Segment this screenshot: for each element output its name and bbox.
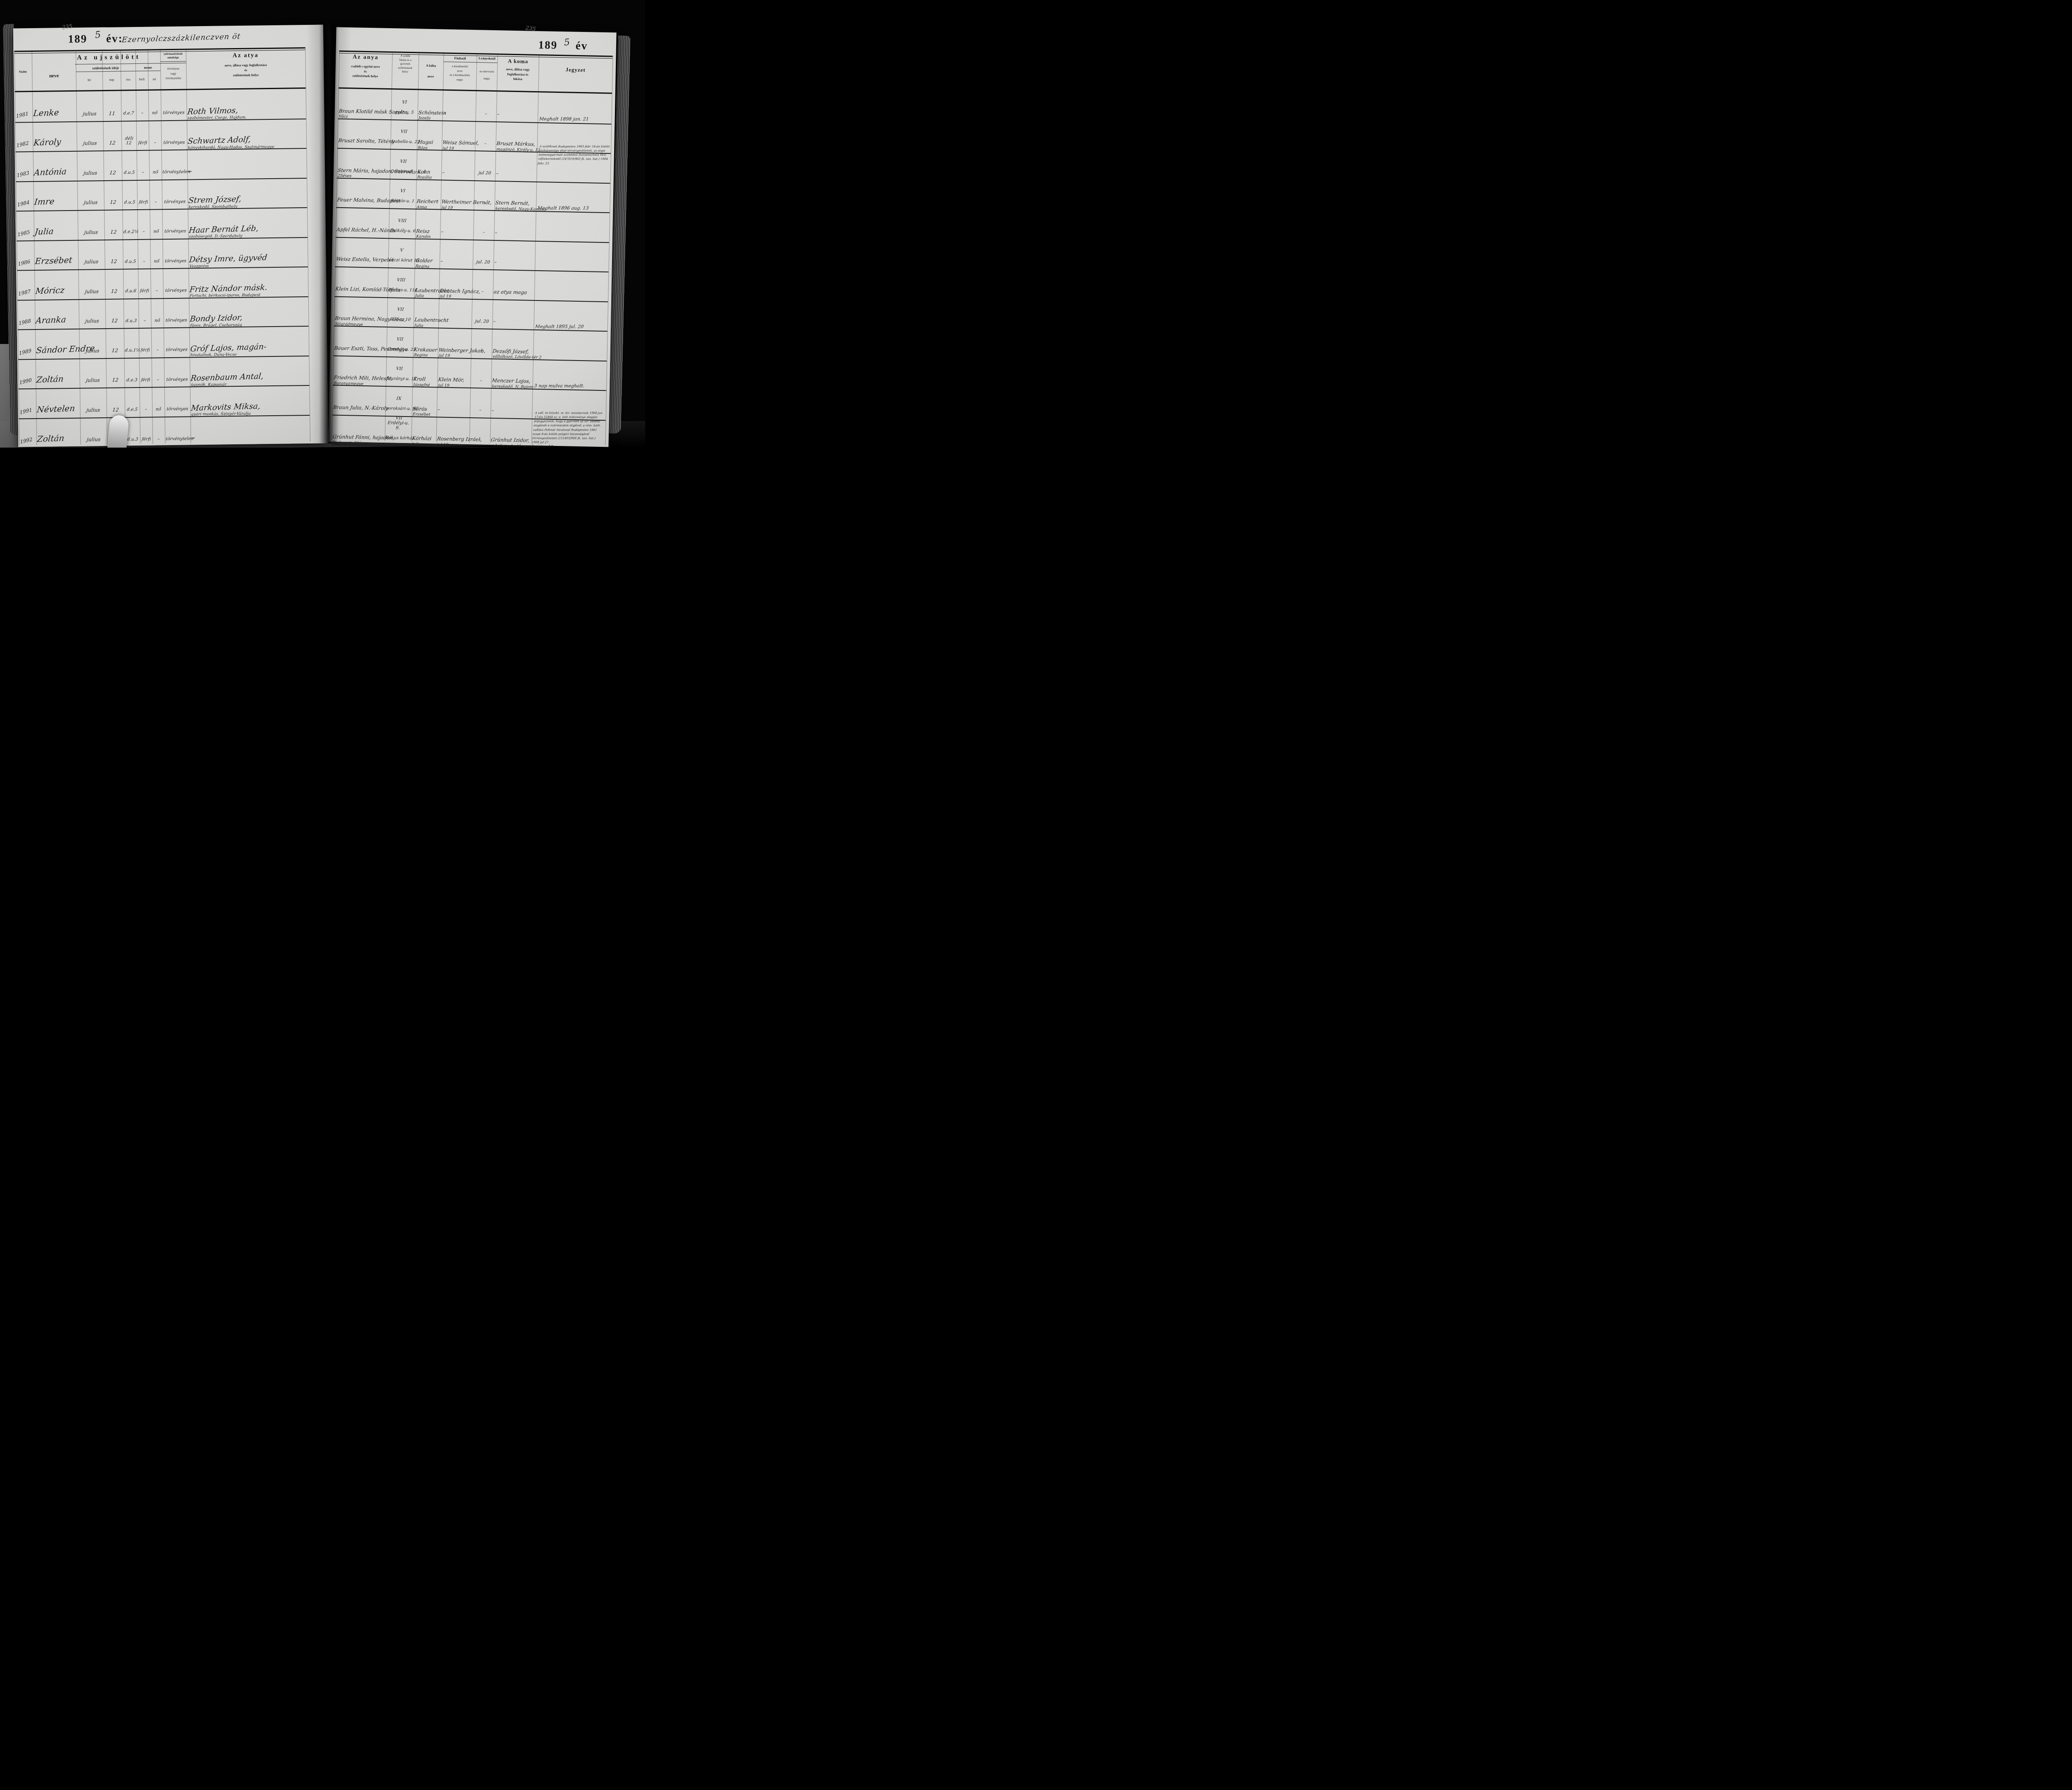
godfather-text: ruhakereskedő, soroksári-u. 12: [491, 443, 531, 448]
naming-day: –: [474, 180, 495, 210]
midwife: ReichertAnna: [416, 179, 441, 209]
birth-hour: d.u.6: [123, 269, 138, 298]
residence: VIIDembinszky-u. 4: [390, 149, 417, 179]
midwife-text: Laubentracht: [414, 317, 438, 322]
residence: VIIIThököly-u. 6: [389, 208, 416, 238]
mother: Apfel Ráchel, H.-Nánás: [336, 207, 389, 238]
header-legitimacy: törvényes vagy törvénytelen: [160, 66, 186, 81]
entry-number-text: 1987: [18, 288, 34, 296]
sex-female: nő: [151, 298, 164, 328]
godfather: Dezsőfi József,vállalkozó, Lövölde-tér 2: [491, 329, 533, 359]
year-printed-left: 189: [68, 32, 87, 46]
residence-text: Murányi-u. 17: [387, 376, 412, 381]
child-name-text: Károly: [33, 137, 76, 147]
residence: VIEötvös-u. 1: [389, 179, 416, 209]
residence-text: VII: [387, 337, 413, 342]
father: –: [187, 148, 307, 179]
entry-number-text: 1991: [19, 407, 35, 415]
legitimacy: törvényes: [164, 357, 190, 387]
birth-day: 12: [104, 209, 123, 239]
child-name: Lenke: [32, 92, 77, 122]
midwife: ReiszKarolin: [415, 208, 441, 239]
sex-male: –: [139, 387, 152, 417]
birth-hour-text: d.u.3: [126, 437, 140, 441]
residence-text: Eötvös-u. 1: [390, 199, 415, 203]
note: [537, 152, 611, 183]
father: Rosenbaum Antal,ügynök, Kaposvár: [190, 355, 310, 386]
residence-text: Rókus kórház: [385, 436, 411, 441]
father: Bondy Izidor,füves, Brágel, Csehország: [189, 296, 309, 327]
circumciser-text: Wertheimer Bernát,: [441, 199, 473, 205]
midwife: KrollJózsefné: [412, 357, 438, 387]
sex-female: nő: [149, 150, 162, 179]
midwife-text: Reisz: [416, 228, 440, 234]
birth-month: julius: [77, 210, 104, 240]
residence-text: VII: [391, 129, 416, 134]
sex-male-text: –: [138, 230, 149, 234]
mother: Feuer Malvina, Budapest: [336, 177, 390, 208]
birth-day-text: 12: [105, 229, 122, 235]
legitimacy: törvényes: [161, 90, 187, 120]
birth-hour: d.u.5: [123, 239, 138, 269]
header-ho: hó: [76, 78, 102, 82]
entry-number-text: 1983: [17, 170, 32, 178]
sex-female: nő: [150, 209, 162, 239]
child-name: Imre: [33, 180, 77, 211]
circumciser: Weisz Sámuel,jul 19: [442, 120, 475, 150]
mother-text: Budapest, 23éves: [332, 441, 384, 446]
year-label-right: év: [576, 39, 588, 53]
note: Meghalt 1896 aug. 13: [536, 181, 610, 212]
header-boys-sub: a körülmetélő neve és a körülmetélés nap…: [443, 64, 477, 82]
residence-text: Baross-u. 116: [388, 288, 414, 293]
circumciser: Rosenberg Izráel,jul 19: [436, 417, 470, 447]
left-page: 189 5 év: Ezernyolczszázkilenczven öt Az…: [13, 24, 328, 447]
legitimacy: törvényes: [162, 208, 188, 238]
residence-text: VII: [387, 366, 412, 371]
naming-day: –: [475, 91, 496, 121]
birth-day: 12: [104, 239, 123, 269]
year-handwritten-left: 5: [94, 29, 102, 40]
residence: VIIMurányi-u. 17: [386, 356, 413, 387]
sex-female-text: –: [152, 378, 164, 382]
header-mother: Az anya: [339, 54, 392, 61]
residence: VIIDob-u. 10: [387, 297, 414, 327]
mother: Weisz Estella, Verpelét: [335, 237, 389, 267]
birth-hour-text: d.u.5: [123, 200, 137, 205]
year-label-left: év:: [106, 32, 123, 45]
residence: VIICserhát-u. 21: [386, 327, 413, 357]
midwife-text: Kórházi: [412, 436, 436, 441]
sex-male: –: [136, 91, 149, 121]
residence-text: VII: [391, 159, 416, 164]
mother: Bauer Eszti, Tass, Pestmegye: [333, 326, 387, 356]
godfather-text: –: [496, 171, 536, 177]
naming-day-text: –: [471, 378, 491, 383]
mother-text: Braun Hermina, Nagy-Gécz,: [334, 316, 386, 322]
note: [535, 240, 609, 271]
header-neve: neve: [32, 73, 76, 79]
child-name: Erzsébet: [34, 240, 78, 270]
entry-number: 1989: [18, 329, 36, 359]
naming-day-text: jul 20: [475, 171, 494, 175]
birth-day-text: 12: [107, 377, 124, 383]
father-text: –: [191, 430, 310, 441]
residence-text: Thököly-u. 6: [390, 228, 415, 233]
mother: Klein Lizi, Komlód-Tótfalu: [334, 266, 388, 297]
midwife-text: Sörös: [412, 406, 436, 412]
mother: Braun Hermina, Nagy-Gécz,Nógrádmegye: [334, 296, 387, 327]
father-text: Détsy Imre, ügyvéd: [189, 252, 307, 264]
circumciser-text: jul 19: [437, 443, 469, 447]
residence: VIgyár-u. 5: [391, 90, 418, 120]
legitimacy: törvénytelen: [161, 150, 187, 179]
godfather-text: Bruszt Márkus,: [496, 141, 537, 147]
birth-month: julius: [80, 417, 107, 447]
mother-text: Friedrich Mili, Helesfa,: [334, 375, 385, 381]
birth-month: julius: [80, 388, 107, 417]
naming-day-text: –: [476, 111, 496, 116]
midwife: LaubentrachtJulia: [414, 298, 439, 328]
legitimacy-text: törvényes: [162, 140, 186, 145]
residence-text: V: [389, 247, 414, 253]
midwife: KrakauerRegina: [413, 327, 438, 357]
sex-female-text: –: [150, 200, 162, 204]
child-name: Zoltán: [36, 417, 80, 448]
child-name: Aranka: [35, 299, 79, 329]
birth-hour: d.u.1½: [124, 328, 139, 358]
header-residence: A szülék lakása és a gyermek születéséne…: [392, 54, 419, 74]
legitimacy: törvényes: [164, 327, 190, 357]
child-name: Zoltán: [36, 358, 80, 388]
father: Fritz Nándor másk.Fertschi, bérkocsi-ipa…: [189, 266, 308, 298]
circumciser: –: [440, 239, 473, 269]
sex-female: –: [152, 417, 165, 446]
note: [535, 211, 610, 242]
birth-month-text: julius: [78, 229, 104, 235]
header-origin: származásának minősége: [160, 52, 186, 60]
naming-day: jul. 20: [473, 240, 494, 269]
birth-month-text: julius: [81, 407, 106, 412]
child-name-text: Aranka: [35, 315, 78, 325]
child-name-text: Erzsébet: [35, 255, 78, 265]
entry-number-text: 1985: [17, 229, 33, 237]
circumciser-text: –: [439, 318, 471, 323]
circumciser-text: –: [440, 259, 472, 264]
circumciser-text: Weisz Sámuel,: [443, 140, 474, 145]
birth-hour: d.u.3: [123, 298, 139, 328]
birth-hour: d.e.5: [124, 387, 140, 417]
godfather-text: Stern Bernát,: [495, 200, 535, 206]
table-row: Grünhut Fánni, hajadon,Budapest, 23évesV…: [332, 414, 605, 448]
godfather-text: Dezsőfi József,: [492, 348, 533, 354]
naming-day: –: [470, 388, 491, 417]
residence: VII Erdélyi-u. 9.Rókus kórház: [385, 416, 411, 446]
year-handwritten-right: 5: [564, 37, 570, 48]
sex-female-text: nő: [152, 318, 163, 323]
header-divider: [160, 61, 186, 62]
circumciser-text: –: [442, 170, 474, 175]
birth-day: 12: [106, 358, 125, 388]
birth-day-text: 12: [106, 288, 123, 294]
sex-female: nő: [150, 239, 163, 269]
father-text: Gróf Lajos, magán-: [190, 342, 309, 353]
header-father: Az atya: [186, 51, 305, 60]
birth-day: 12: [106, 328, 124, 358]
entry-number: 1990: [18, 359, 36, 389]
child-name: Károly: [33, 121, 77, 151]
birth-month-text: julius: [78, 170, 103, 175]
circumciser: –: [442, 91, 476, 121]
sex-female-text: –: [153, 437, 164, 441]
mother-text: Klein Lizi, Komlód-Tótfalu: [335, 286, 387, 292]
father-text: –: [188, 164, 307, 175]
mother: Bruszt Sarolta, Tétény: [337, 118, 391, 149]
residence-text: IX: [386, 396, 411, 401]
father: Haar Bernát Léb,szabósegéd, D.-Szerdahel…: [188, 207, 307, 238]
sex-female-text: –: [152, 348, 163, 352]
legitimacy-text: törvényes: [162, 111, 186, 115]
mother-text: Bauer Eszti, Tass, Pestmegye: [334, 345, 386, 351]
midwife-text: Reichert: [416, 199, 440, 204]
mother-text: Grünhut Fánni, hajadon,: [332, 434, 384, 440]
header-divider: [443, 62, 477, 63]
birth-day-text: 12: [107, 348, 123, 353]
header-girls-sub: az elnevezés napja: [476, 68, 497, 82]
child-name-text: Zoltán: [36, 374, 79, 384]
sex-male: férfi: [138, 269, 151, 298]
godfather: –: [492, 299, 534, 329]
entry-number: 1983: [15, 151, 33, 181]
naming-day: –: [475, 121, 496, 151]
midwife: GolderRegina: [415, 238, 440, 269]
circumciser-text: –: [437, 407, 469, 412]
birth-month-text: julius: [78, 200, 103, 205]
sex-male-text: férfi: [138, 200, 149, 204]
residence-text: soroksári-u. 96: [386, 406, 411, 411]
note: A vall. és közokt. m. kir. ministernek 1…: [532, 389, 606, 420]
child-name-text: Imre: [34, 196, 77, 206]
legitimacy: törvényes: [162, 179, 188, 209]
legitimacy-text: törvényes: [165, 377, 189, 382]
father: Strem József,kereskedő, Szombathely: [187, 177, 307, 208]
birth-hour-text: d.u.1½: [125, 348, 138, 353]
birth-day-text: 12: [105, 259, 122, 264]
header-nap: nap: [102, 78, 121, 82]
birth-month-text: julius: [79, 288, 104, 294]
entry-number: 1984: [16, 181, 34, 211]
father: –: [190, 414, 310, 446]
godfather: –: [496, 92, 538, 122]
book-gutter: [319, 23, 339, 443]
header-birth-time: születésének ideje: [76, 65, 136, 70]
godfather-text: Grünhut Izidor,: [491, 437, 531, 443]
sex-female-text: nő: [150, 229, 162, 234]
residence-text: VI: [390, 188, 415, 194]
godfather: –: [491, 388, 533, 418]
birth-month-text: julius: [79, 259, 104, 264]
mother-text: Braun Julia, N.-Károly: [333, 405, 385, 410]
godfather-text: –: [494, 259, 534, 265]
birth-month-text: julius: [77, 140, 103, 146]
circumciser: –: [440, 209, 474, 240]
birth-day: 12: [103, 150, 122, 180]
birth-month: julius: [77, 150, 104, 180]
naming-day-text: –: [473, 289, 492, 294]
mother: Stern Mária, hajadon, Szered,25éves: [337, 148, 390, 179]
header-szam: Szám: [14, 70, 32, 74]
note-text: Meghalt 1895 jul. 20: [535, 324, 607, 329]
birth-hour-text: déli 12: [122, 136, 136, 145]
mother-text: Weisz Estella, Verpelét: [336, 257, 387, 262]
sex-female: –: [149, 179, 162, 209]
sex-male-text: férfi: [141, 437, 152, 441]
mother-text: Braun Klotild másk Sarolta,: [339, 108, 390, 114]
midwife: SörösErzsébet: [412, 386, 437, 417]
right-rows: Braun Klotild másk Sarolta,VáczVIgyár-u.…: [332, 89, 612, 447]
residence-text: váczi körut 18: [389, 258, 414, 263]
entry-number-text: 1990: [19, 377, 35, 385]
sex-male-text: férfi: [139, 289, 150, 293]
sex-male-text: –: [139, 318, 150, 323]
birth-month: julius: [76, 91, 103, 121]
naming-day: jul. 20: [472, 299, 493, 329]
sex-male: férfi: [136, 120, 149, 150]
sex-male-text: –: [138, 259, 150, 264]
header-boys: Fiuknál: [443, 56, 477, 61]
sex-male: férfi: [140, 417, 152, 446]
entry-number-text: 1986: [18, 258, 34, 266]
note: A szülőknek Budapesten 1903 febr 16-án k…: [537, 122, 611, 153]
godfather: Menczer Lajos,kereskedő, N.-Bajom: [491, 358, 533, 388]
entry-number: 1986: [17, 240, 34, 270]
birth-day: 12: [105, 298, 124, 328]
godfather-text: –: [493, 319, 533, 325]
legitimacy-text: törvénytelen: [165, 436, 190, 441]
note: 3 nap mulva meghalt.: [533, 359, 607, 390]
birth-hour-text: d.e.5: [126, 407, 139, 412]
circumciser-text: Klein Mór,: [438, 377, 470, 382]
residence: VIIIzabella-u. 23: [390, 119, 417, 150]
left-rows: 1981Lenkejulius11d.e.7–nőtörvényesRoth V…: [15, 89, 310, 447]
note-text: Meghalt 1898 jan. 21: [539, 116, 611, 122]
entry-number: 1988: [17, 300, 35, 329]
legitimacy-text: törvényes: [165, 407, 190, 411]
legitimacy: törvénytelen: [165, 416, 191, 446]
sex-female-text: –: [151, 288, 162, 293]
legitimacy: törvényes: [163, 298, 189, 327]
legitimacy: törvényes: [162, 238, 189, 268]
residence: Vváczi körut 18: [388, 238, 415, 268]
naming-day-text: –: [470, 408, 490, 412]
birth-month-text: julius: [77, 111, 102, 116]
godfather-text: az atya maga: [494, 289, 534, 295]
birth-day: 12: [104, 180, 122, 210]
circumciser-text: Deutsch Ignácz,: [440, 288, 472, 293]
sex-female-text: nő: [149, 111, 160, 115]
birth-hour-text: d.u.5: [123, 170, 136, 175]
midwife: HugaiRóza: [417, 120, 442, 150]
godfather: Stern Bernát,kereskedő, Nagy-Kanizsa: [494, 181, 536, 211]
birth-hour: d.e.7: [121, 91, 136, 121]
mother: Friedrich Mili, Helesfa,Baranyamegye: [333, 355, 386, 386]
header-divider: [76, 71, 136, 72]
legitimacy: törvényes: [163, 268, 189, 298]
naming-day-text: –: [474, 201, 494, 205]
godfather-text: –: [491, 407, 531, 413]
birth-month: julius: [77, 180, 104, 210]
birth-month-text: julius: [80, 348, 105, 353]
child-name-text: Móricz: [35, 285, 78, 295]
naming-day-text: –: [474, 230, 494, 235]
legitimacy-text: törvényes: [163, 229, 187, 234]
godfather-text: –: [497, 111, 537, 117]
legitimacy: törvényes: [164, 386, 190, 416]
year-script: Ezernyolczszázkilenczven öt: [121, 32, 241, 44]
naming-day: –: [469, 417, 490, 447]
residence-text: Izabella-u. 23: [391, 139, 416, 144]
birth-day-text: 12: [104, 140, 121, 145]
father: Schwartz Adolf,könyvkihordó, Nagy-Hodos,…: [187, 118, 307, 149]
note-text: Meghalt 1896 aug. 13: [537, 205, 610, 211]
sex-male-text: –: [137, 111, 148, 116]
naming-day: –: [470, 358, 491, 388]
child-name: Móricz: [34, 269, 79, 300]
mother: Braun Julia, N.-Károly: [332, 385, 386, 416]
entry-number-text: 1992: [20, 436, 36, 444]
birth-month: julius: [79, 328, 106, 358]
header-no: nő: [148, 77, 160, 81]
circumciser-text: Weinberger Jakab,: [438, 347, 470, 353]
father: Détsy Imre, ügyvédVeszprém: [188, 237, 308, 268]
residence: VIIIBaross-u. 116: [387, 267, 414, 298]
entry-number: 1991: [18, 388, 36, 418]
sex-male-text: –: [140, 407, 152, 412]
sex-female: nő: [148, 90, 161, 120]
godfather: –: [494, 210, 536, 240]
birth-hour-text: d.u.5: [123, 259, 137, 264]
father: Markovits Miksa,gyári munkás, Szinyér-Vá…: [190, 385, 310, 416]
sex-female-text: nő: [150, 170, 161, 174]
residence-text: VIII: [388, 277, 414, 283]
residence-text: gyár-u. 5: [392, 110, 417, 115]
entry-number-text: 1988: [18, 317, 34, 326]
birth-month: julius: [79, 298, 106, 328]
circumciser-text: –: [443, 110, 475, 116]
birth-hour: déli 12: [121, 120, 137, 150]
birth-hour-text: d.u.3: [124, 318, 138, 323]
naming-day-text: –: [476, 141, 495, 146]
legitimacy-text: törvényes: [163, 199, 187, 204]
naming-day: jul 20: [474, 150, 496, 180]
residence-text: Dembinszky-u. 4: [390, 169, 416, 174]
header-note: Jegyzet: [539, 66, 612, 74]
father: Gróf Lajos, magán-hivatalnok, Duna-Vecse: [189, 326, 309, 357]
birth-month: julius: [77, 121, 104, 150]
birth-hour-text: d.e.3: [125, 378, 139, 382]
note: [534, 270, 608, 301]
sex-female: –: [149, 120, 162, 150]
residence-text: VII Erdélyi-u. 9.: [385, 415, 411, 431]
father-text: Roth Vilmos,: [187, 104, 306, 116]
birth-hour: d.u.5: [122, 179, 137, 209]
header-divider: [477, 62, 497, 63]
birth-month: julius: [78, 239, 105, 269]
circumciser-text: –: [441, 229, 473, 234]
circumciser: –: [438, 298, 472, 328]
birth-day: 12: [106, 387, 125, 417]
residence-text: VII: [388, 307, 413, 312]
